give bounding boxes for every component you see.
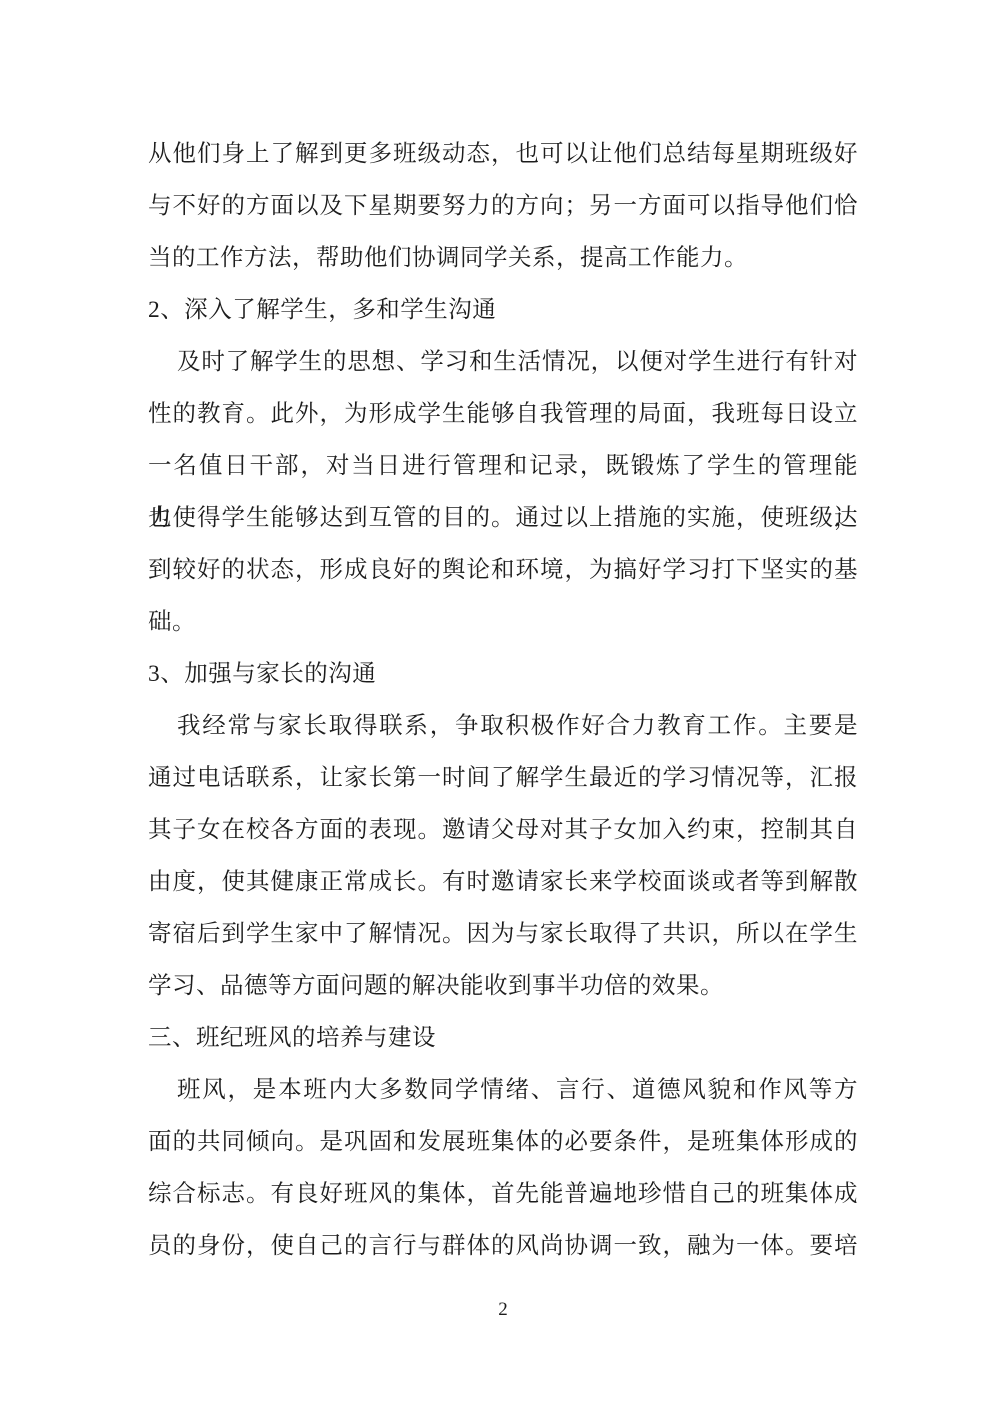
text-block: 从他们身上了解到更多班级动态，也可以让他们总结每星期班级好与不好的方面以及下星期… <box>148 128 858 1272</box>
text-line: 及时了解学生的思想、学习和生活情况，以便对学生进行有针对 <box>148 336 858 388</box>
text-line: 学习、品德等方面问题的解决能收到事半功倍的效果。 <box>148 960 858 1012</box>
heading-line: 2、深入了解学生，多和学生沟通 <box>148 284 858 336</box>
text-line: 员的身份，使自己的言行与群体的风尚协调一致，融为一体。要培 <box>148 1220 858 1272</box>
text-line: 础。 <box>148 596 858 648</box>
text-line: 由度，使其健康正常成长。有时邀请家长来学校面谈或者等到解散 <box>148 856 858 908</box>
text-line: 其子女在校各方面的表现。邀请父母对其子女加入约束，控制其自 <box>148 804 858 856</box>
text-line: 综合标志。有良好班风的集体，首先能普遍地珍惜自己的班集体成 <box>148 1168 858 1220</box>
document-page: 从他们身上了解到更多班级动态，也可以让他们总结每星期班级好与不好的方面以及下星期… <box>0 0 1000 1415</box>
text-line: 一名值日干部，对当日进行管理和记录，既锻炼了学生的管理能力， <box>148 440 858 492</box>
text-line: 与不好的方面以及下星期要努力的方向；另一方面可以指导他们恰 <box>148 180 858 232</box>
text-line: 寄宿后到学生家中了解情况。因为与家长取得了共识，所以在学生 <box>148 908 858 960</box>
text-line: 面的共同倾向。是巩固和发展班集体的必要条件，是班集体形成的 <box>148 1116 858 1168</box>
text-line: 到较好的状态，形成良好的舆论和环境，为搞好学习打下坚实的基 <box>148 544 858 596</box>
text-line: 从他们身上了解到更多班级动态，也可以让他们总结每星期班级好 <box>148 128 858 180</box>
heading-line: 3、加强与家长的沟通 <box>148 648 858 700</box>
text-line: 班风，是本班内大多数同学情绪、言行、道德风貌和作风等方 <box>148 1064 858 1116</box>
text-line: 性的教育。此外，为形成学生能够自我管理的局面，我班每日设立 <box>148 388 858 440</box>
text-line: 当的工作方法，帮助他们协调同学关系，提高工作能力。 <box>148 232 858 284</box>
page-number: 2 <box>498 1299 508 1320</box>
text-line: 也使得学生能够达到互管的目的。通过以上措施的实施，使班级达 <box>148 492 858 544</box>
page-footer: 2 <box>148 1293 858 1327</box>
heading-line: 三、班纪班风的培养与建设 <box>148 1012 858 1064</box>
text-line: 我经常与家长取得联系，争取积极作好合力教育工作。主要是 <box>148 700 858 752</box>
text-line: 通过电话联系，让家长第一时间了解学生最近的学习情况等，汇报 <box>148 752 858 804</box>
